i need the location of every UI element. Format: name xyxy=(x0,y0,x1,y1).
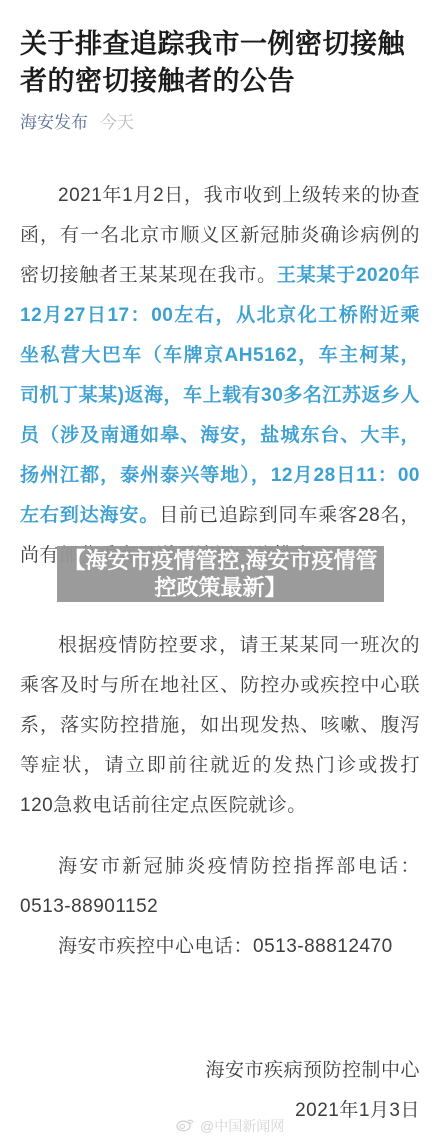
publish-date: 今天 xyxy=(100,113,134,132)
signoff-organization: 海安市疾病预防控制中心 xyxy=(20,1051,420,1091)
watermark-caption-overlay: 【海安市疫情管控,海安市疫情管控政策最新】 xyxy=(57,546,384,602)
source-watermark: @中国新闻网 xyxy=(176,1116,284,1136)
hotline-cdc: 海安市疾控中心电话：0513-88812470 xyxy=(20,927,420,967)
hotline-command-center: 海安市新冠肺炎疫情防控指挥部电话：0513-88901152 xyxy=(20,847,420,927)
weibo-icon xyxy=(176,1116,195,1136)
hotline-section: 海安市新冠肺炎疫情防控指挥部电话：0513-88901152 海安市疾控中心电话… xyxy=(20,847,420,967)
source-watermark-text: @中国新闻网 xyxy=(200,1117,284,1135)
page-title: 关于排查追踪我市一例密切接触者的密切接触者的公告 xyxy=(20,26,420,100)
paragraph-2: 根据疫情防控要求，请王某某同一班次的乘客及时与所在地社区、防控办或疾控中心联系，… xyxy=(20,626,420,826)
paragraph-1: 2021年1月2日，我市收到上级转来的协查函，有一名北京市顺义区新冠肺炎确诊病例… xyxy=(20,176,420,576)
author-link[interactable]: 海安发布 xyxy=(20,113,88,132)
watermark-caption-text: 【海安市疫情管控,海安市疫情管控政策最新】 xyxy=(59,547,382,601)
article-meta: 海安发布今天 xyxy=(20,111,420,135)
paragraph-1-highlight: 王某某于2020年12月27日17：00左右，从北京化工桥附近乘坐私营大巴车（车… xyxy=(20,265,420,526)
